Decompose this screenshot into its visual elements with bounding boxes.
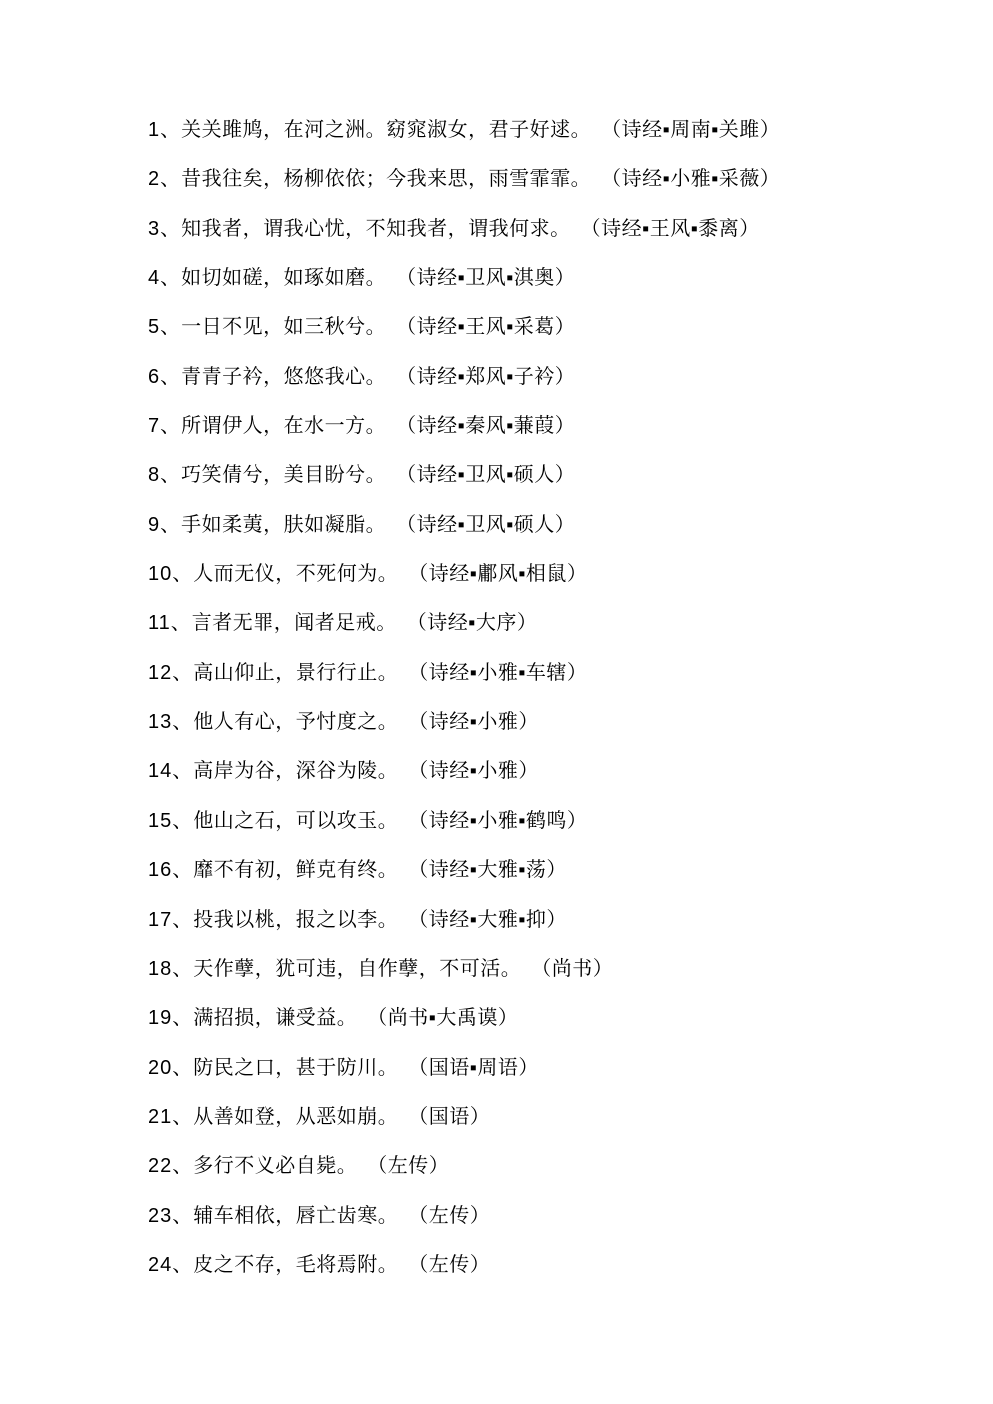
quote-text: 防民之口，甚于防川。	[193, 1057, 398, 1079]
source-ref: （诗经▪大序）	[417, 612, 538, 634]
source-ref: （诗经▪大雅▪抑）	[418, 909, 567, 931]
item-number: 9、	[148, 514, 181, 536]
item-number: 14、	[148, 760, 193, 782]
source-ref: （诗经▪周南▪关雎）	[611, 119, 780, 141]
quote-text: 手如柔荑，肤如凝脂。	[181, 514, 386, 536]
item-number: 10、	[148, 563, 193, 585]
item-number: 12、	[148, 662, 193, 684]
quote-line: 11、言者无罪，闻者足戒。（诗经▪大序）	[148, 599, 933, 648]
item-number: 3、	[148, 218, 181, 240]
item-number: 8、	[148, 464, 181, 486]
source-ref: （尚书▪大禹谟）	[377, 1007, 518, 1029]
source-ref: （尚书）	[541, 958, 613, 980]
quote-text: 知我者，谓我心忧，不知我者，谓我何求。	[181, 218, 571, 240]
quote-text: 满招损，谦受益。	[193, 1007, 357, 1029]
quote-line: 9、手如柔荑，肤如凝脂。（诗经▪卫风▪硕人）	[148, 501, 933, 550]
item-number: 13、	[148, 711, 193, 733]
quote-line: 6、青青子衿，悠悠我心。（诗经▪郑风▪子衿）	[148, 353, 933, 402]
source-ref: （诗经▪小雅）	[418, 760, 539, 782]
quote-line: 13、他人有心，予忖度之。（诗经▪小雅）	[148, 698, 933, 747]
quote-line: 7、所谓伊人，在水一方。（诗经▪秦风▪蒹葭）	[148, 402, 933, 451]
item-number: 6、	[148, 366, 181, 388]
quote-text: 他山之石，可以攻玉。	[193, 810, 398, 832]
quote-text: 人而无仪，不死何为。	[193, 563, 398, 585]
quote-line: 19、满招损，谦受益。（尚书▪大禹谟）	[148, 994, 933, 1043]
item-number: 1、	[148, 119, 181, 141]
source-ref: （诗经▪王风▪采葛）	[406, 316, 575, 338]
source-ref: （诗经▪大雅▪荡）	[418, 859, 567, 881]
source-ref: （诗经▪小雅▪车辖）	[418, 662, 587, 684]
quote-text: 言者无罪，闻者足戒。	[192, 612, 397, 634]
source-ref: （左传）	[418, 1254, 490, 1276]
quote-text: 从善如登，从恶如崩。	[193, 1106, 398, 1128]
item-number: 15、	[148, 810, 193, 832]
source-ref: （国语）	[418, 1106, 490, 1128]
quote-line: 23、辅车相依，唇亡齿寒。（左传）	[148, 1192, 933, 1241]
item-number: 20、	[148, 1057, 193, 1079]
item-number: 4、	[148, 267, 181, 289]
source-ref: （国语▪周语）	[418, 1057, 539, 1079]
item-number: 18、	[148, 958, 193, 980]
quote-line: 17、投我以桃，报之以李。（诗经▪大雅▪抑）	[148, 896, 933, 945]
quote-text: 靡不有初，鲜克有终。	[193, 859, 398, 881]
item-number: 16、	[148, 859, 193, 881]
source-ref: （左传）	[377, 1155, 449, 1177]
quote-list: 1、关关雎鸠，在河之洲。窈窕淑女，君子好逑。（诗经▪周南▪关雎） 2、昔我往矣，…	[148, 106, 933, 1290]
quote-text: 皮之不存，毛将焉附。	[193, 1254, 398, 1276]
quote-line: 5、一日不见，如三秋兮。（诗经▪王风▪采葛）	[148, 303, 933, 352]
source-ref: （左传）	[418, 1205, 490, 1227]
quote-text: 昔我往矣，杨柳依依；今我来思，雨雪霏霏。	[181, 168, 591, 190]
quote-line: 1、关关雎鸠，在河之洲。窈窕淑女，君子好逑。（诗经▪周南▪关雎）	[148, 106, 933, 155]
quote-line: 2、昔我往矣，杨柳依依；今我来思，雨雪霏霏。（诗经▪小雅▪采薇）	[148, 155, 933, 204]
item-number: 21、	[148, 1106, 193, 1128]
quote-text: 他人有心，予忖度之。	[193, 711, 398, 733]
item-number: 7、	[148, 415, 181, 437]
quote-text: 关关雎鸠，在河之洲。窈窕淑女，君子好逑。	[181, 119, 591, 141]
quote-text: 青青子衿，悠悠我心。	[181, 366, 386, 388]
source-ref: （诗经▪秦风▪蒹葭）	[406, 415, 575, 437]
quote-text: 巧笑倩兮，美目盼兮。	[181, 464, 386, 486]
source-ref: （诗经▪王风▪黍离）	[591, 218, 760, 240]
quote-line: 20、防民之口，甚于防川。（国语▪周语）	[148, 1044, 933, 1093]
item-number: 23、	[148, 1205, 193, 1227]
item-number: 19、	[148, 1007, 193, 1029]
item-number: 17、	[148, 909, 193, 931]
item-number: 11、	[148, 612, 192, 634]
document-page: 1、关关雎鸠，在河之洲。窈窕淑女，君子好逑。（诗经▪周南▪关雎） 2、昔我往矣，…	[0, 0, 993, 1404]
quote-line: 15、他山之石，可以攻玉。（诗经▪小雅▪鹤鸣）	[148, 797, 933, 846]
source-ref: （诗经▪卫风▪硕人）	[406, 464, 575, 486]
source-ref: （诗经▪小雅）	[418, 711, 539, 733]
item-number: 2、	[148, 168, 181, 190]
quote-line: 22、多行不义必自毙。（左传）	[148, 1142, 933, 1191]
quote-text: 高岸为谷，深谷为陵。	[193, 760, 398, 782]
quote-text: 所谓伊人，在水一方。	[181, 415, 386, 437]
quote-text: 多行不义必自毙。	[193, 1155, 357, 1177]
quote-text: 一日不见，如三秋兮。	[181, 316, 386, 338]
quote-line: 3、知我者，谓我心忧，不知我者，谓我何求。（诗经▪王风▪黍离）	[148, 205, 933, 254]
quote-line: 14、高岸为谷，深谷为陵。（诗经▪小雅）	[148, 747, 933, 796]
item-number: 22、	[148, 1155, 193, 1177]
source-ref: （诗经▪卫风▪硕人）	[406, 514, 575, 536]
quote-text: 高山仰止，景行行止。	[193, 662, 398, 684]
quote-line: 18、天作孽，犹可违，自作孽，不可活。（尚书）	[148, 945, 933, 994]
source-ref: （诗经▪鄘风▪相鼠）	[418, 563, 587, 585]
quote-line: 24、皮之不存，毛将焉附。（左传）	[148, 1241, 933, 1290]
item-number: 24、	[148, 1254, 193, 1276]
source-ref: （诗经▪小雅▪鹤鸣）	[418, 810, 587, 832]
quote-text: 天作孽，犹可违，自作孽，不可活。	[193, 958, 521, 980]
item-number: 5、	[148, 316, 181, 338]
quote-line: 12、高山仰止，景行行止。（诗经▪小雅▪车辖）	[148, 649, 933, 698]
quote-text: 投我以桃，报之以李。	[193, 909, 398, 931]
quote-text: 辅车相依，唇亡齿寒。	[193, 1205, 398, 1227]
source-ref: （诗经▪卫风▪淇奥）	[406, 267, 575, 289]
quote-line: 8、巧笑倩兮，美目盼兮。（诗经▪卫风▪硕人）	[148, 451, 933, 500]
quote-line: 10、人而无仪，不死何为。（诗经▪鄘风▪相鼠）	[148, 550, 933, 599]
source-ref: （诗经▪小雅▪采薇）	[611, 168, 780, 190]
quote-line: 4、如切如磋，如琢如磨。（诗经▪卫风▪淇奥）	[148, 254, 933, 303]
source-ref: （诗经▪郑风▪子衿）	[406, 366, 575, 388]
quote-text: 如切如磋，如琢如磨。	[181, 267, 386, 289]
quote-line: 21、从善如登，从恶如崩。（国语）	[148, 1093, 933, 1142]
quote-line: 16、靡不有初，鲜克有终。（诗经▪大雅▪荡）	[148, 846, 933, 895]
